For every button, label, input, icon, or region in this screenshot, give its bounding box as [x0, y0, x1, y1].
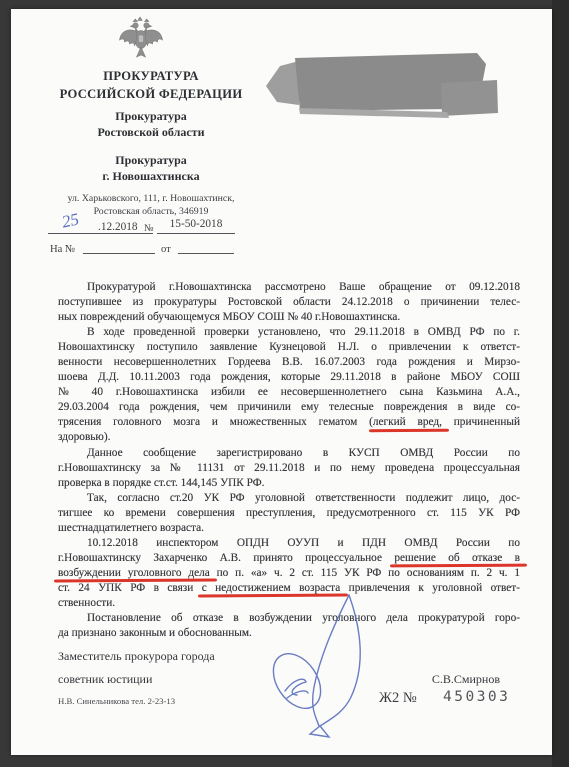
executor-note: Н.В. Синельникова тел. 2-23-13	[58, 696, 175, 706]
red-underlined-text: решение об отказе в	[394, 552, 520, 564]
body-text-span: венности несовершеннолетних Гордеева В.В…	[58, 356, 520, 368]
body-line: 10.12.2018 инспектором ОПДН ОУУП и ПДН О…	[58, 536, 520, 551]
regional-office-line1: Прокуратура	[11, 109, 291, 125]
body-line: шестнадцатилетнего возраста.	[58, 521, 520, 536]
printed-date: .12.2018	[98, 221, 138, 233]
body-line: ных повреждений обучающемуся МБОУ СОШ № …	[58, 310, 520, 325]
org-title-line2: РОССИЙСКОЙ ФЕДЕРАЦИИ	[11, 86, 291, 104]
body-line: В ходе проведенной проверки установлено,…	[58, 325, 520, 340]
body-text-span: поступившее из прокуратуры Ростовской об…	[58, 296, 520, 308]
address-line1: ул. Харьковского, 111, г. Новошахтинск,	[11, 193, 291, 206]
date-number-row: 25 .12.2018 № 15-50-2018	[11, 214, 311, 236]
number-sign: №	[144, 223, 154, 234]
scanned-letter-viewport: ПРОКУРАТУРА РОССИЙСКОЙ ФЕДЕРАЦИИ Прокура…	[0, 0, 569, 767]
stamp-number: 450303	[443, 689, 510, 705]
body-line: Так, согласно ст.20 УК РФ уголовной отве…	[58, 491, 520, 506]
body-line: Новошахтинску поступило заявление Кузнец…	[58, 340, 520, 355]
body-text-span: проверка в порядке ст.ст. 144,145 УПК РФ…	[58, 477, 265, 489]
body-text-span: да признано законным и обоснованным.	[58, 627, 252, 639]
body-text-span: В ходе проведенной проверки установлено,…	[87, 326, 520, 338]
city-office-line1: Прокуратура	[11, 153, 291, 169]
body-line: поступившее из прокуратуры Ростовской об…	[58, 295, 520, 310]
date-underline: 25 .12.2018	[48, 218, 153, 234]
ref-label: На №	[50, 244, 75, 255]
red-underlined-text: легкий вред,	[373, 416, 442, 428]
city-office-line2: г. Новошахтинска	[11, 169, 291, 185]
body-line: тигшее ко времени совершения преступлени…	[58, 506, 520, 521]
body-line: венности несовершеннолетних Гордеева В.В…	[58, 355, 520, 370]
ref-number-blank	[83, 241, 155, 254]
body-line: Данное сообщение зарегистрировано в КУСП…	[58, 446, 520, 461]
ref-date-blank	[178, 241, 234, 254]
body-line: проверка в порядке ст.ст. 144,145 УПК РФ…	[58, 476, 520, 491]
body-line: шоева Д.Д. 10.11.2003 года рождения, кот…	[58, 370, 520, 385]
body-line: возбуждении уголовного дела по п. «а» ч.…	[58, 566, 520, 581]
body-text-span: Так, согласно ст.20 УК РФ уголовной отве…	[87, 492, 520, 504]
body-text-span: Данное сообщение зарегистрировано в КУСП…	[87, 447, 520, 459]
body-text-span: по п. «а» ч. 2 ст. 115 УК РФ по основани…	[210, 567, 520, 579]
redaction-marks	[261, 45, 506, 125]
body-text-span: шестнадцатилетнего возраста.	[58, 522, 204, 534]
body-text-span: 10.12.2018 инспектором ОПДН ОУУП и ПДН О…	[87, 537, 520, 549]
body-text-span: ных повреждений обучающемуся МБОУ СОШ № …	[58, 311, 400, 323]
org-title: ПРОКУРАТУРА РОССИЙСКОЙ ФЕДЕРАЦИИ	[11, 68, 291, 103]
signer-post-line1: Заместитель прокурора города	[58, 649, 215, 664]
body-text-span: № 40 г.Новошахтинска избили ее несоверше…	[58, 386, 520, 398]
body-line: 29.03.2004 года рождения, чем причинили …	[58, 400, 520, 415]
body-line: г.Новошахтинску за № 11131 от 29.11.2018…	[58, 461, 520, 476]
body-text-span: г.Новошахтинску за № 11131 от 29.11.2018…	[58, 462, 520, 474]
body-text-span: трясения головного мозга и множественных…	[58, 416, 373, 428]
body-text-span: Новошахтинску поступило заявление Кузнец…	[58, 341, 520, 353]
body-line: трясения головного мозга и множественных…	[58, 415, 520, 430]
body-line: № 40 г.Новошахтинска избили ее несоверше…	[58, 385, 520, 400]
document-page: ПРОКУРАТУРА РОССИЙСКОЙ ФЕДЕРАЦИИ Прокура…	[11, 9, 552, 755]
ref-from-label: от	[161, 244, 171, 255]
reference-row: На № от	[11, 237, 311, 257]
body-text-span: шоева Д.Д. 10.11.2003 года рождения, кот…	[58, 371, 520, 383]
body-text-span: г.Новошахтинску Захарченко А.В. принято …	[58, 552, 394, 564]
red-underlined-text: возбуждении уголовного дела	[58, 567, 210, 579]
regional-office-title: Прокуратура Ростовской области	[11, 109, 291, 140]
regional-office-line2: Ростовской области	[11, 125, 291, 141]
doc-number: 15-50-2018	[157, 218, 235, 234]
body-text-span: ственности.	[58, 597, 115, 609]
body-line: Прокуратурой г.Новошахтинска рассмотрено…	[58, 280, 520, 295]
city-office-title: Прокуратура г. Новошахтинска	[11, 153, 291, 184]
body-text-span: причиненный	[442, 416, 520, 428]
body-line: здоровью).	[58, 430, 520, 445]
body-text-span: ст. 24 УПК РФ в связи	[58, 582, 202, 594]
body-line: г.Новошахтинску Захарченко А.В. принято …	[58, 551, 520, 566]
coat-of-arms-icon	[117, 14, 165, 62]
body-text-span: Прокуратурой г.Новошахтинска рассмотрено…	[87, 281, 520, 293]
pen-signature-icon	[245, 585, 390, 757]
body-text-span: 29.03.2004 года рождения, чем причинили …	[58, 401, 520, 413]
body-text-span: здоровью).	[58, 431, 110, 443]
body-text-span: тигшее ко времени совершения преступлени…	[58, 507, 520, 519]
org-title-line1: ПРОКУРАТУРА	[11, 68, 291, 86]
